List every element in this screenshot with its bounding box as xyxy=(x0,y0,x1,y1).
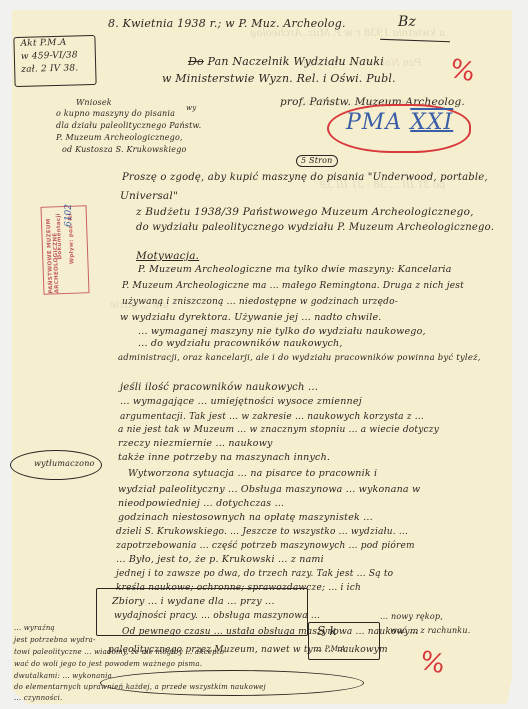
body-line-13: jeśli ilość pracowników naukowych ... xyxy=(120,382,318,394)
right-note-line-1: ... nowy rękop, xyxy=(380,612,443,622)
body-line-1: Proszę o zgodę, aby kupić maszynę do pis… xyxy=(122,172,488,184)
body-line-18: także inne potrzeby na maszynach innych. xyxy=(118,452,330,464)
body-line-21: nieodpowiedniej ... dotychczas ... xyxy=(118,498,284,510)
addressee-title: Pan Naczelnik Wydziału Nauki xyxy=(208,55,384,68)
lower-note-line-2: jest potrzebna wydra- xyxy=(14,636,96,645)
addressee-line-1: Do Pan Naczelnik Wydziału Nauki xyxy=(188,56,384,68)
signature-mark: S k xyxy=(317,625,337,637)
body-line-6: P. Muzeum Archeologiczne ma tylko dwie m… xyxy=(138,264,452,276)
lower-note-line-1: ... wyraźną xyxy=(14,624,55,633)
archive-mark: PMA XXI xyxy=(346,110,453,135)
subject-line-3: P. Muzeum Archeologicznego, xyxy=(56,133,183,143)
body-line-16: a nie jest tak w Muzeum ... w znacznym s… xyxy=(118,424,439,436)
archive-mark-roman: XXI xyxy=(410,110,453,135)
body-line-11: ... do wydziału pracowników naukowych, xyxy=(138,338,343,350)
lower-note-oval xyxy=(100,670,364,696)
body-line-24: zapotrzebowania ... część potrzeb maszyn… xyxy=(116,540,415,552)
header-initials: Bz xyxy=(398,16,416,28)
body-line-15: argumentacji. Tak jest ... w zakresie ..… xyxy=(120,411,424,423)
lower-note-line-5: dwutalkami: ... wykonania xyxy=(14,672,112,681)
body-line-26: jednej i to zawsze po dwa, do trzech raz… xyxy=(116,568,393,580)
body-line-5: Motywacja. xyxy=(136,250,199,262)
subject-line-1: o kupno maszyny do pisania xyxy=(56,109,175,119)
archive-reference-box: Akt P.M.A w 459-VI/38 zał. 2 IV 38. xyxy=(13,35,96,87)
body-line-25: ... Było, jest to, że p. Krukowski ... z… xyxy=(116,554,324,566)
struck-prefix: Do xyxy=(188,55,204,68)
body-line-4: do wydziału paleolitycznego wydziału P. … xyxy=(136,222,494,234)
stamp-number: 6102 xyxy=(64,204,74,227)
body-line-14: ... wymagające ... umiejętności wysoce z… xyxy=(120,396,362,408)
body-line-22: godzinach niestosownych na opłatę maszyn… xyxy=(118,512,373,524)
subject-insert: wy xyxy=(186,104,196,113)
body-line-3: z Budżetu 1938/39 Państwowego Muzeum Arc… xyxy=(136,206,474,218)
archive-mark-prefix: PMA xyxy=(346,110,402,135)
margin-note-explained: wytłumaczono xyxy=(34,459,95,469)
lower-note-line-3: towi paleolityczne ... wiadomy, że nie m… xyxy=(14,648,227,657)
stamp-text-2: Dokumentacji xyxy=(56,213,64,259)
subject-line-2: dla działu paleolitycznego Państw. xyxy=(56,121,201,131)
header-date-line: 8. Kwietnia 1938 r.; w P. Muz. Archeolog… xyxy=(108,18,346,30)
body-line-10: ... wymaganej maszyny nie tylko do wydzi… xyxy=(138,326,426,338)
lower-note-line-7: ... czynności. xyxy=(14,694,62,703)
body-line-8: używaną i zniszczoną ... niedostępne w g… xyxy=(122,296,398,308)
body-line-7: P. Muzeum Archeologiczne ma ... małego R… xyxy=(122,280,464,292)
body-line-19: Wytworzona sytuacja ... na pisarce to pr… xyxy=(128,468,377,480)
body-line-12: administracji, oraz kancelarji, ale i do… xyxy=(118,352,481,364)
right-note-line-2: wać ... z rachunku. xyxy=(390,626,470,636)
subject-title: Wniosek xyxy=(76,98,112,108)
addressee-line-2: w Ministerstwie Wyzn. Rel. i Oświ. Publ. xyxy=(162,73,396,85)
body-line-9: w wydziału dyrektora. Używanie jej ... n… xyxy=(120,312,382,324)
subject-line-4: od Kustosza S. Krukowskiego xyxy=(62,145,187,155)
reference-line-3: zał. 2 IV 38. xyxy=(15,62,95,77)
body-line-23: dzieli S. Krukowskiego. ... Jeszcze to w… xyxy=(116,526,408,538)
body-line-20: wydział paleolityczny ... Obsługa maszyn… xyxy=(118,484,420,496)
insert-mark: 5 Stron xyxy=(296,155,338,167)
insertion-bracket xyxy=(96,588,308,636)
signature-text: ... P.M.A xyxy=(315,645,346,654)
lower-note-line-4: wać do woli jego to jest powodem ważnego… xyxy=(14,660,202,669)
body-line-17: rzeczy niezmiernie ... naukowy xyxy=(118,438,273,450)
signature-box: S k ... P.M.A xyxy=(308,622,380,660)
body-line-2: Universal" xyxy=(120,190,178,202)
